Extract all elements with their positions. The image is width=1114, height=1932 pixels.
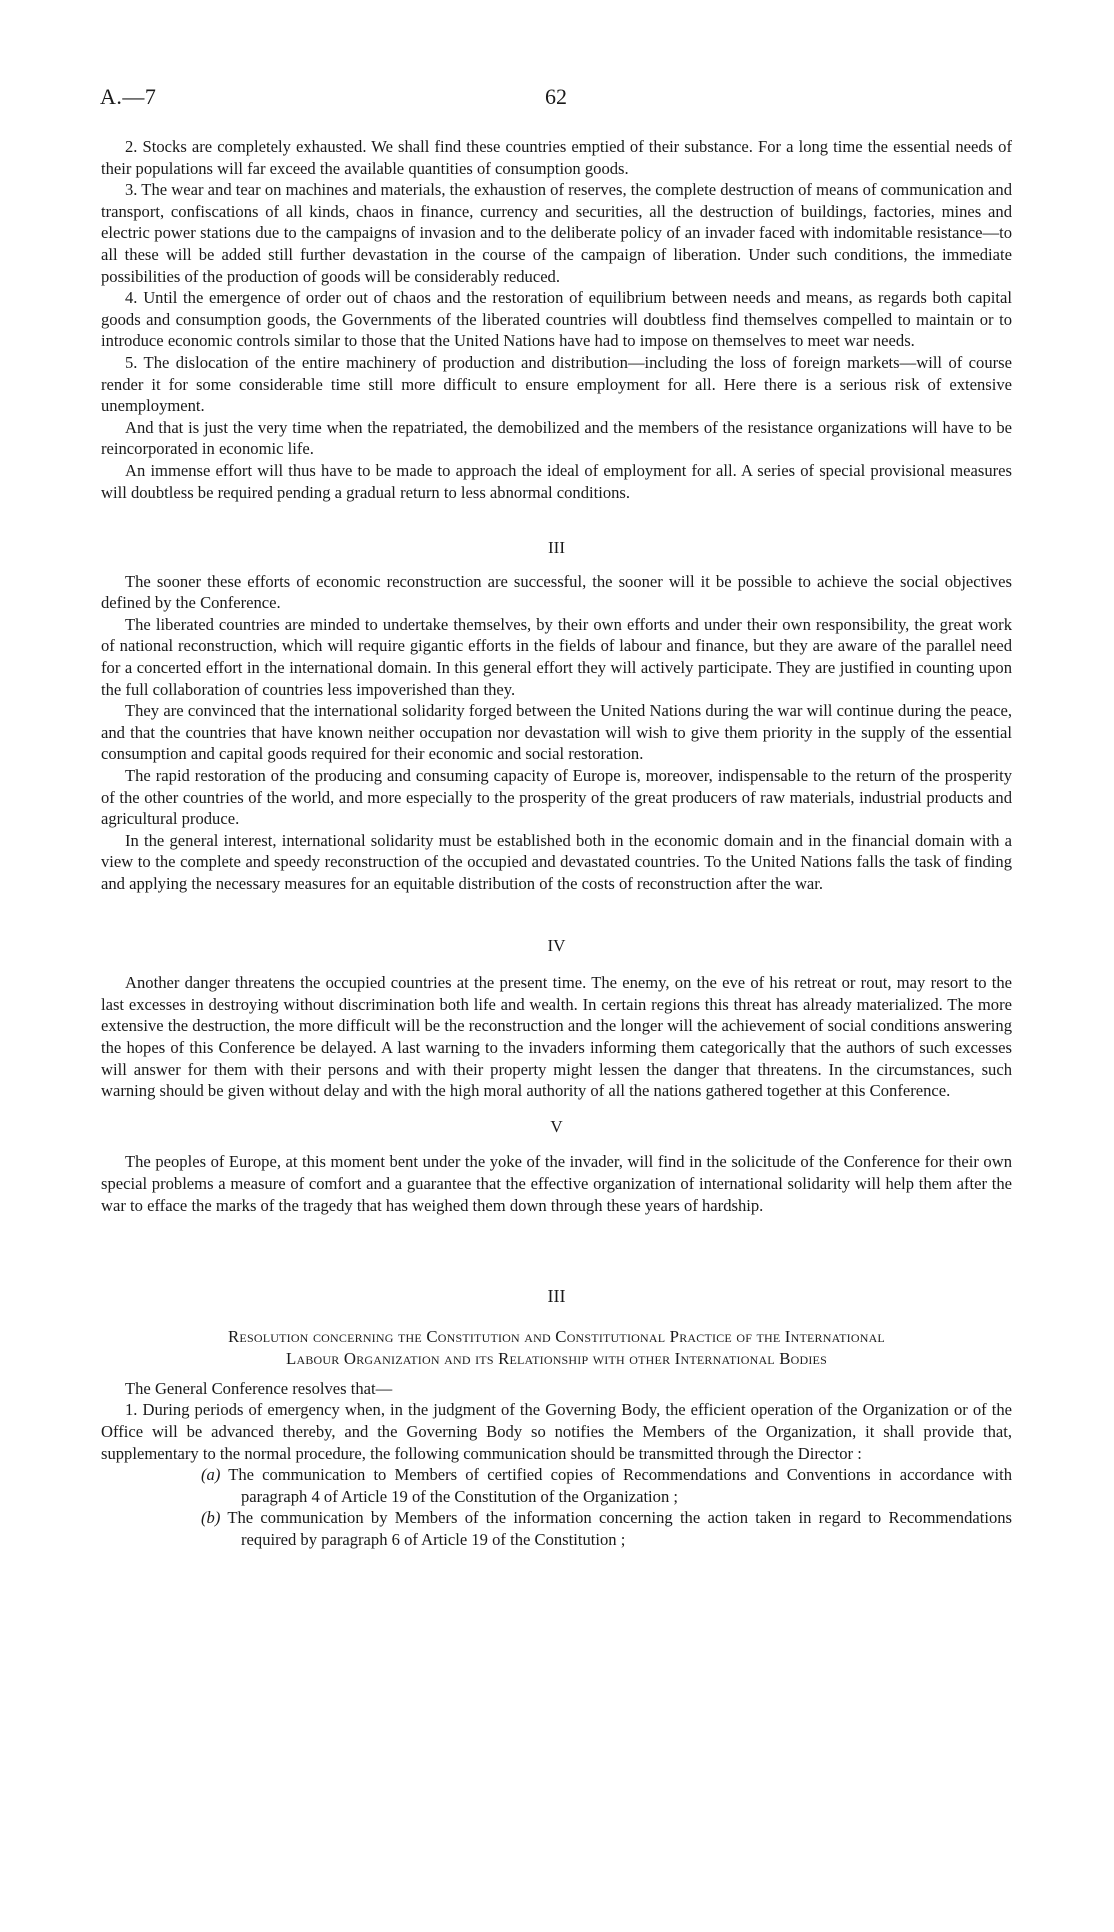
paragraph: Another danger threatens the occupied co… (101, 972, 1012, 1102)
sub-item-label: (b) (201, 1508, 220, 1527)
resolution-intro: The General Conference resolves that— (101, 1378, 1012, 1400)
section-heading-iv: IV (101, 935, 1012, 957)
resolution-title-line-2: Labour Organization and its Relationship… (286, 1349, 827, 1368)
paragraph-immense-effort: An immense effort will thus have to be m… (101, 460, 1012, 503)
page-number: 62 (545, 84, 567, 110)
document-body: 2. Stocks are completely exhausted. We s… (101, 136, 1012, 1550)
document-page: A.—7 62 2. Stocks are completely exhaust… (0, 0, 1114, 1932)
resolution-title: Resolution concerning the Constitution a… (101, 1326, 1012, 1370)
resolution-sub-item-a: (a) The communication to Members of cert… (101, 1464, 1012, 1507)
paragraph-repatriated: And that is just the very time when the … (101, 417, 1012, 460)
document-reference: A.—7 (100, 84, 156, 110)
resolution-item-1: 1. During periods of emergency when, in … (101, 1399, 1012, 1464)
sub-item-label: (a) (201, 1465, 220, 1484)
section-heading-v: V (101, 1116, 1012, 1138)
paragraph: The peoples of Europe, at this moment be… (101, 1151, 1012, 1216)
section-heading-iii: III (101, 537, 1012, 559)
resolution-sub-item-b: (b) The communication by Members of the … (101, 1507, 1012, 1550)
resolution-title-line-1: Resolution concerning the Constitution a… (228, 1327, 885, 1346)
paragraph: The rapid restoration of the producing a… (101, 765, 1012, 830)
paragraph-4: 4. Until the emergence of order out of c… (101, 287, 1012, 352)
resolution-heading-iii: III (101, 1286, 1012, 1308)
sub-item-text: The communication to Members of certifie… (228, 1465, 1012, 1506)
paragraph: They are convinced that the internationa… (101, 700, 1012, 765)
paragraph: In the general interest, international s… (101, 830, 1012, 895)
paragraph-2: 2. Stocks are completely exhausted. We s… (101, 136, 1012, 179)
paragraph: The liberated countries are minded to un… (101, 614, 1012, 700)
sub-item-text: The communication by Members of the info… (227, 1508, 1012, 1549)
paragraph-5: 5. The dislocation of the entire machine… (101, 352, 1012, 417)
paragraph-3: 3. The wear and tear on machines and mat… (101, 179, 1012, 287)
paragraph: The sooner these efforts of economic rec… (101, 571, 1012, 614)
